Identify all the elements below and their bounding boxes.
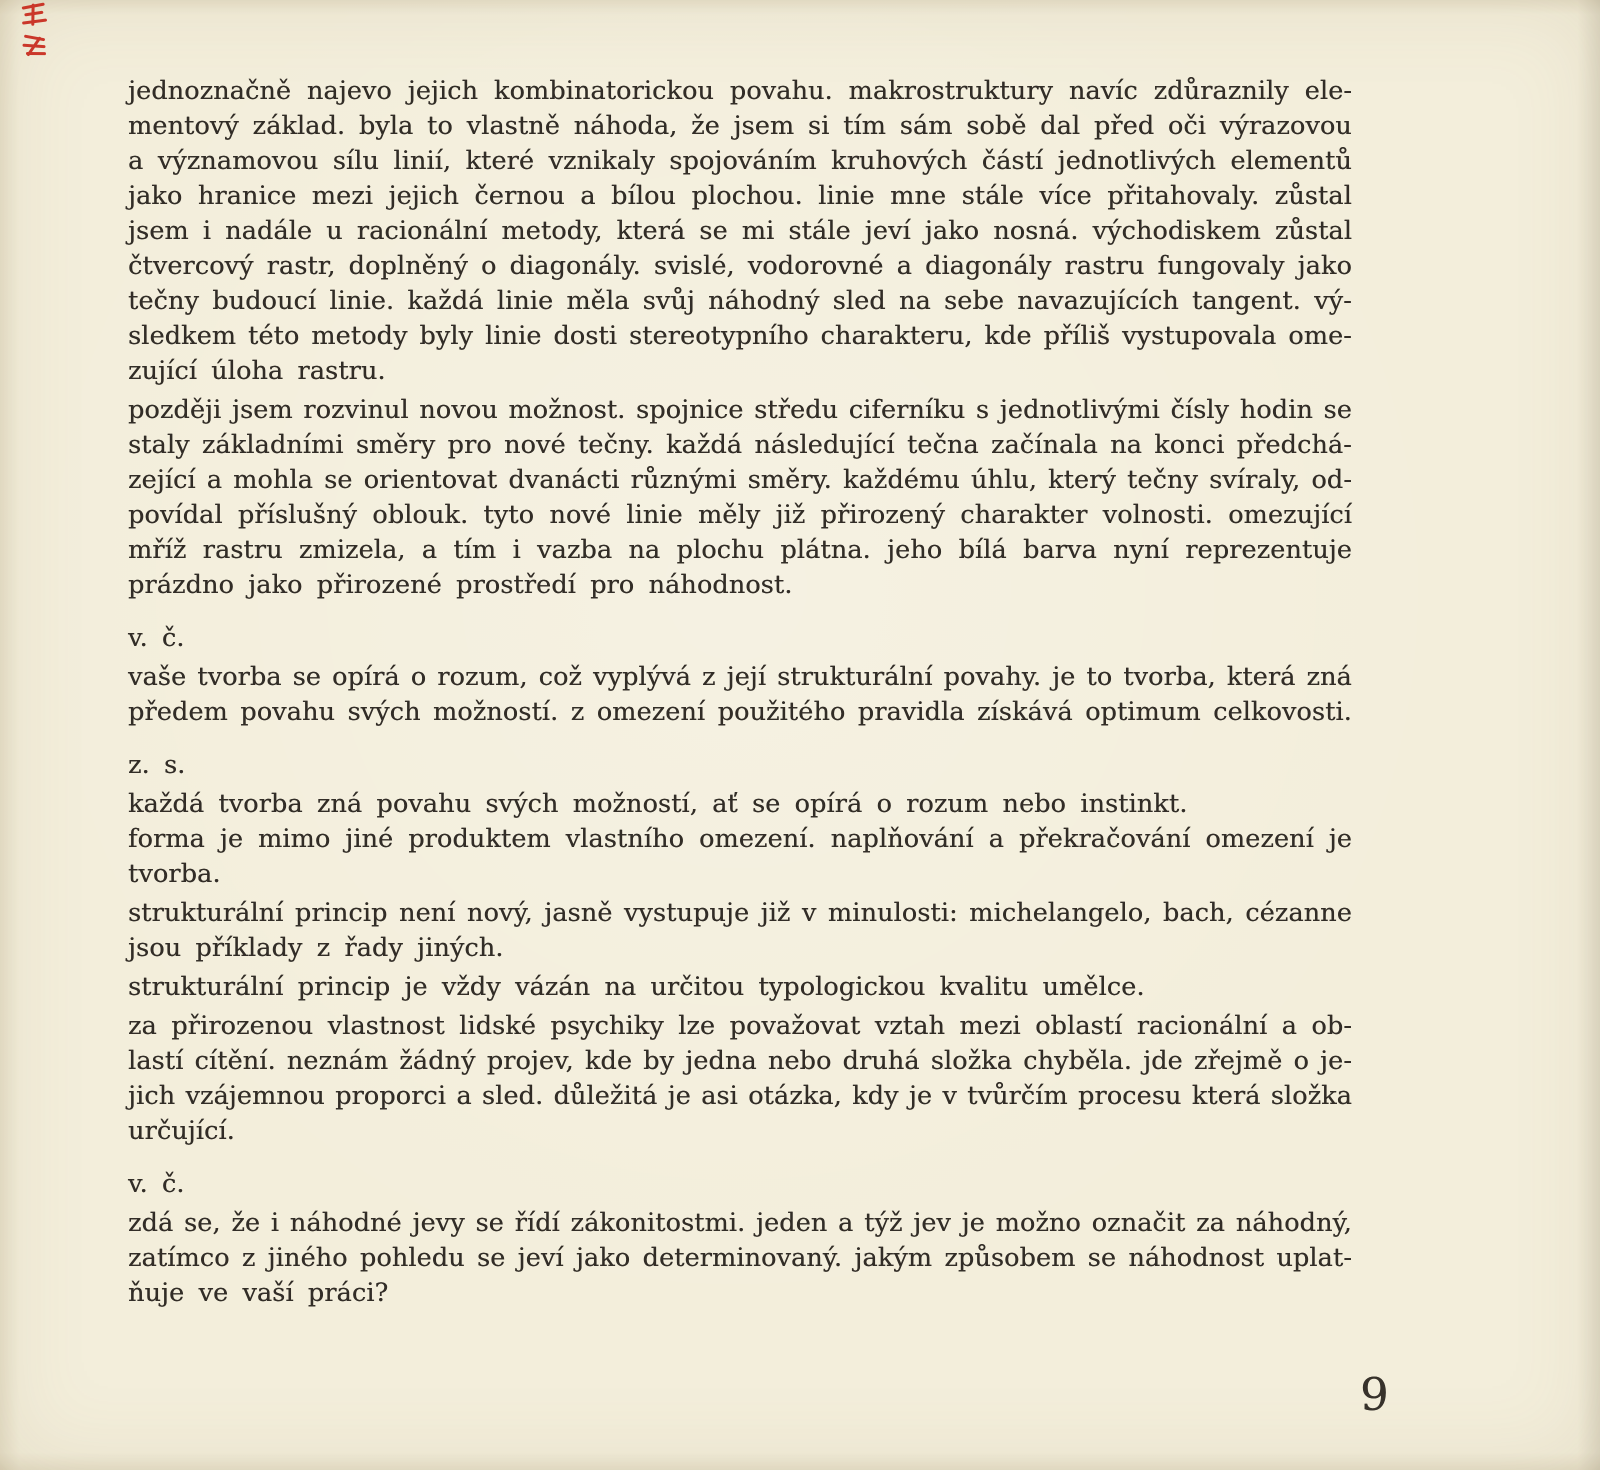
paragraph: pozdějijsemrozvinulnovoumožnost.spojnice…	[128, 393, 1352, 603]
paragraph: strukturální princip je vždy vázán na ur…	[128, 970, 1352, 1005]
text-line: každá tvorba zná povahu svých možností, …	[128, 787, 1352, 822]
paragraph: jednoznačněnajevojejichkombinatorickoupo…	[128, 74, 1352, 389]
red-scribble-icon	[20, 33, 50, 59]
text-line: sledkemtétometodybylyliniedostistereotyp…	[128, 319, 1352, 354]
text-line: jednoznačněnajevojejichkombinatorickoupo…	[128, 74, 1352, 109]
paragraph: zdáse,žeináhodnéjevyseřídízákonitostmi.j…	[128, 1206, 1352, 1311]
text-line: jseminadáleuracionálnímetody,kterásemist…	[128, 214, 1352, 249]
text-line: avýznamovousílulinií,kterévznikalyspojov…	[128, 144, 1352, 179]
text-line: tvorba.	[128, 857, 1352, 892]
text-line: zejícíamohlaseorientovatdvanáctirůznýmis…	[128, 463, 1352, 498]
text-line: pozdějijsemrozvinulnovoumožnost.spojnice…	[128, 393, 1352, 428]
speaker-label: z. s.	[128, 748, 1352, 783]
text-line: vašetvorbaseopíráorozum,cožvyplývázjejís…	[128, 660, 1352, 695]
text-line: určující.	[128, 1114, 1352, 1149]
text-line: strukturálníprincipnenínový,jasněvystupu…	[128, 896, 1352, 931]
text-line: mřížrastruzmizela,atímivazbanaplochuplát…	[128, 533, 1352, 568]
text-line: povídalpříslušnýoblouk.tytonovélinieměly…	[128, 498, 1352, 533]
paragraph: vašetvorbaseopíráorozum,cožvyplývázjejís…	[128, 660, 1352, 730]
text-line: ňuje ve vaší práci?	[128, 1276, 1352, 1311]
text-line: zapřirozenouvlastnostlidsképsychikylzepo…	[128, 1009, 1352, 1044]
text-line: mentovýzáklad.bylatovlastněnáhoda,žejsem…	[128, 109, 1352, 144]
scanned-book-page: jednoznačněnajevojejichkombinatorickoupo…	[0, 0, 1600, 1470]
paragraph: každá tvorba zná povahu svých možností, …	[128, 787, 1352, 892]
text-line: tečnybudoucílinie.každáliniemělasvůjnáho…	[128, 284, 1352, 319]
speaker-label: v. č.	[128, 621, 1352, 656]
text-line: lastícítění.neznámžádnýprojev,kdebyjedna…	[128, 1044, 1352, 1079]
paragraph: strukturálníprincipnenínový,jasněvystupu…	[128, 896, 1352, 966]
text-block: jednoznačněnajevojejichkombinatorickoupo…	[128, 74, 1352, 1311]
red-scribble-icon	[20, 2, 50, 28]
text-line: zující úloha rastru.	[128, 354, 1352, 389]
text-line: strukturální princip je vždy vázán na ur…	[128, 970, 1352, 1005]
speaker-label: v. č.	[128, 1167, 1352, 1202]
text-line: jsou příklady z řady jiných.	[128, 931, 1352, 966]
text-line: formajemimojinéproduktemvlastníhoomezení…	[128, 822, 1352, 857]
red-stamp-marks	[20, 2, 54, 59]
text-line: stalyzákladnímisměrypronovétečny.každáná…	[128, 428, 1352, 463]
text-line: jichvzájemnouproporciasled.důležitájeasi…	[128, 1079, 1352, 1114]
text-line: zatímcozjinéhopohledusejevíjakodetermino…	[128, 1241, 1352, 1276]
text-line: zdáse,žeináhodnéjevyseřídízákonitostmi.j…	[128, 1206, 1352, 1241]
text-line: jakohranicemezijejichčernouabílouplochou…	[128, 179, 1352, 214]
text-line: předempovahusvýchmožností.zomezenípoužit…	[128, 695, 1352, 730]
text-line: prázdno jako přirozené prostředí pro náh…	[128, 568, 1352, 603]
text-line: čtvercovýrastr,doplněnýodiagonály.svislé…	[128, 249, 1352, 284]
page-number: 9	[1360, 1368, 1389, 1421]
paragraph: zapřirozenouvlastnostlidsképsychikylzepo…	[128, 1009, 1352, 1149]
